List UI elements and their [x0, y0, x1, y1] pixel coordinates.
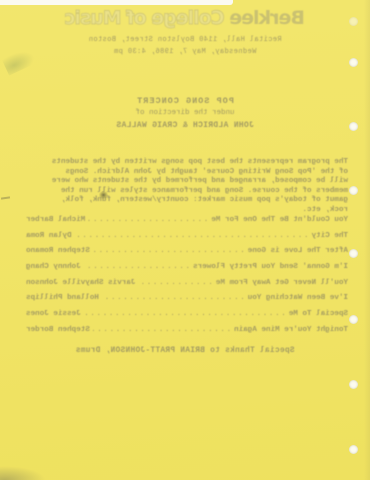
song-title: I'm Gonna' Send You Pretty Flowers	[193, 263, 348, 271]
program-row: You Could'nt Be The One For Me..........…	[26, 216, 348, 225]
program-page: Berklee College of Music Recital Hall, 1…	[0, 0, 370, 480]
description: The program represents the best pop song…	[30, 158, 348, 215]
program-row: The City................................…	[26, 232, 348, 241]
logo-brand-text: Berklee	[230, 7, 305, 29]
song-title: You Could'nt Be The One For Me	[211, 216, 348, 224]
event-datetime: Wednesday, May 7, 1986, 4:30 pm	[0, 48, 370, 56]
description-line: The program represents the best pop song…	[30, 158, 348, 168]
dotted-leader: ........................................…	[138, 279, 212, 287]
scan-edge-sliver	[0, 0, 233, 5]
song-title: Tonight You're Mine Again	[234, 326, 348, 334]
description-line: of the 'Pop Song Writing Course' taught …	[30, 168, 348, 178]
description-line: members of the course. Song and performa…	[30, 187, 348, 197]
punch-hole	[349, 186, 358, 195]
berklee-logo: Berklee College of Music	[0, 7, 370, 33]
bleed-through-sheet: Berklee College of Music Recital Hall, 1…	[0, 0, 370, 480]
song-title: After The Love is Gone	[248, 247, 348, 255]
performer-name: Dylan Roma	[26, 232, 72, 240]
special-thanks: Special Thanks to BRIAN PRATT-JOHNSON, D…	[0, 347, 370, 355]
program-row: You'll Never Get Away From Me...........…	[26, 279, 348, 288]
punch-hole	[349, 380, 358, 389]
punch-hole	[349, 249, 358, 258]
program-row: I'm Gonna' Send You Pretty Flowers......…	[26, 263, 348, 272]
description-line: will be composed, arranged and performed…	[30, 177, 348, 187]
program-row: Tonight You're Mine Again...............…	[26, 326, 348, 335]
performer-name: Jarvis Shayville Johnson	[26, 279, 135, 287]
dotted-leader: ........................................…	[93, 247, 245, 255]
concert-directors: JOHN ALDRICH & CRAIG WALLAS	[0, 121, 370, 130]
performer-name: Jessie Jones	[26, 310, 81, 318]
logo-rest-text: College of Music	[65, 7, 230, 29]
punch-hole	[349, 122, 358, 131]
performer-name: Johnny Chang	[26, 263, 81, 271]
punch-hole	[349, 58, 358, 67]
song-title: Special To Me	[289, 310, 348, 318]
concert-subtitle: under the direction of	[0, 109, 370, 117]
concert-title: POP SONG CONCERT	[0, 96, 370, 106]
punch-hole	[349, 17, 358, 26]
venue-address: Recital Hall, 1140 Boylston Street, Bost…	[0, 36, 370, 44]
dotted-leader: ........................................…	[88, 216, 208, 224]
dotted-leader: ........................................…	[84, 263, 190, 271]
corner-shadow	[0, 466, 46, 480]
program-row: Special To Me...........................…	[26, 310, 348, 319]
ink-blot	[99, 191, 108, 199]
description-line: rock, etc.	[30, 206, 348, 216]
dotted-leader: ........................................…	[75, 232, 309, 240]
edge-shadow	[364, 0, 370, 480]
program-row: I've Been Watching You..................…	[26, 294, 348, 303]
performer-name: Holland Phillips	[26, 294, 99, 302]
punch-hole	[349, 445, 358, 454]
dotted-leader: ........................................…	[84, 310, 286, 318]
song-title: The City	[312, 232, 348, 240]
performer-name: Stephen Romano	[26, 247, 90, 255]
program-row: After The Love is Gone..................…	[26, 247, 348, 256]
song-title: You'll Never Get Away From Me	[216, 279, 348, 287]
punch-hole	[349, 315, 358, 324]
dotted-leader: ........................................…	[93, 326, 231, 334]
program-list: You Could'nt Be The One For Me..........…	[26, 216, 348, 342]
dotted-leader: ........................................…	[102, 294, 245, 302]
performer-name: Stephen Border	[26, 326, 90, 334]
description-line: gamut of today's pop music market: count…	[30, 196, 348, 206]
performer-name: Michal Barber	[26, 216, 85, 224]
song-title: I've Been Watching You	[248, 294, 348, 302]
